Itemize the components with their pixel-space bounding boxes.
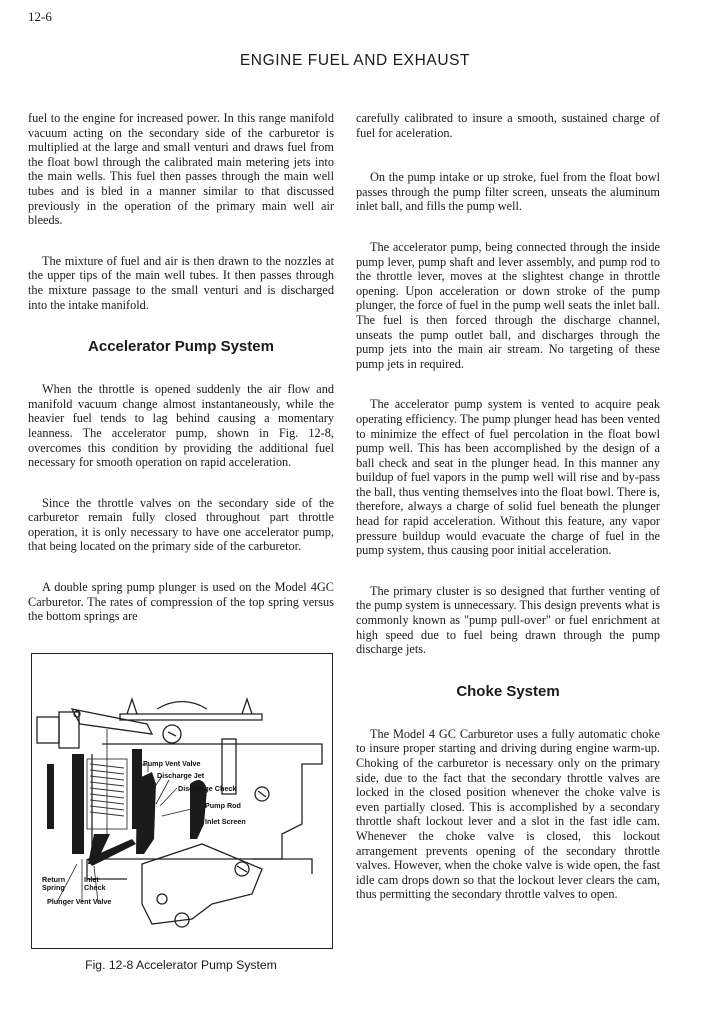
callout-plunger-vent-valve: Plunger Vent Valve — [47, 898, 111, 906]
callout-discharge-jet: Discharge Jet — [157, 772, 204, 780]
paragraph: The primary cluster is so designed that … — [356, 584, 660, 657]
section-heading-accelerator-pump: Accelerator Pump System — [28, 338, 334, 356]
section-heading-choke-system: Choke System — [356, 683, 660, 701]
right-column: carefully calibrated to insure a smooth,… — [356, 111, 660, 902]
paragraph: The Model 4 GC Carburetor uses a fully a… — [356, 727, 660, 902]
paragraph: The accelerator pump system is vented to… — [356, 397, 660, 558]
chapter-title: ENGINE FUEL AND EXHAUST — [0, 52, 710, 70]
paragraph: When the throttle is opened suddenly the… — [28, 382, 334, 470]
callout-inlet-screen: Inlet Screen — [205, 818, 246, 826]
paragraph: Since the throttle valves on the seconda… — [28, 496, 334, 554]
figure-accelerator-pump: Pump Vent Valve Discharge Jet Discharge … — [31, 653, 333, 949]
paragraph: carefully calibrated to insure a smooth,… — [356, 111, 660, 140]
page-number: 12-6 — [28, 9, 52, 25]
left-column: fuel to the engine for increased power. … — [28, 111, 334, 624]
callout-discharge-check: Discharge Check — [178, 785, 236, 793]
callout-return-spring: Return Spring — [42, 876, 65, 892]
figure-caption: Fig. 12-8 Accelerator Pump System — [28, 958, 334, 972]
paragraph: The mixture of fuel and air is then draw… — [28, 254, 334, 312]
callout-inlet-check: Inlet Check — [84, 876, 106, 892]
paragraph: On the pump intake or up stroke, fuel fr… — [356, 170, 660, 214]
paragraph: The accelerator pump, being connected th… — [356, 240, 660, 371]
callout-pump-vent-valve: Pump Vent Valve — [143, 760, 201, 768]
paragraph: A double spring pump plunger is used on … — [28, 580, 334, 624]
callout-pump-rod: Pump Rod — [205, 802, 241, 810]
paragraph: fuel to the engine for increased power. … — [28, 111, 334, 228]
